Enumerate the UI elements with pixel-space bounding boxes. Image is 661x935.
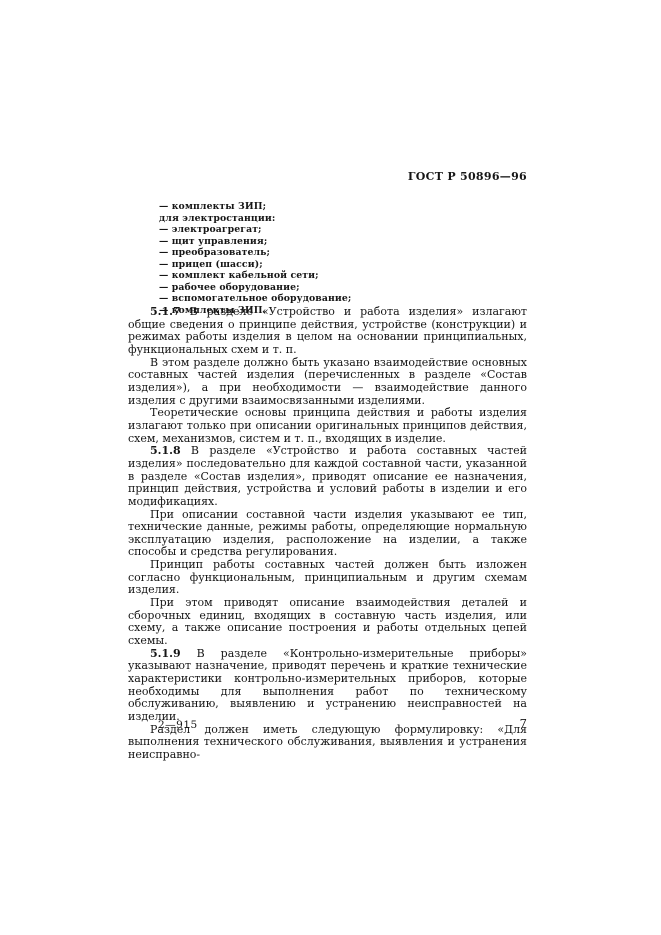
paragraph: При описании составной части изделия ука… [128, 509, 527, 560]
list-item: — щит управления; [159, 236, 351, 248]
paragraph-text: При описании составной части изделия ука… [128, 508, 527, 559]
list-item: — электроагрегат; [159, 224, 351, 236]
components-list: — комплекты ЗИП; для электростанции: — э… [159, 201, 351, 316]
paragraph-text: При этом приводят описание взаимодействи… [128, 596, 527, 647]
section-number: 5.1.7 [150, 305, 181, 318]
paragraph-text: В этом разделе должно быть указано взаим… [128, 356, 527, 407]
paragraph-5-1-7: 5.1.7 В разделе «Устройство и работа изд… [128, 306, 527, 357]
document-body: 5.1.7 В разделе «Устройство и работа изд… [128, 306, 527, 762]
list-item: — рабочее оборудование; [159, 282, 351, 294]
paragraph: При этом приводят описание взаимодействи… [128, 597, 527, 648]
paragraph-text: В разделе «Устройство и работа составных… [128, 444, 527, 508]
list-item: — прицеп (шасси); [159, 259, 351, 271]
paragraph: Принцип работы составных частей должен б… [128, 559, 527, 597]
list-item: — преобразователь; [159, 247, 351, 259]
list-item: — вспомогательное оборудование; [159, 293, 351, 305]
section-number: 5.1.9 [150, 647, 181, 660]
paragraph-text: Принцип работы составных частей должен б… [128, 558, 527, 596]
paragraph: В этом разделе должно быть указано взаим… [128, 357, 527, 408]
document-page: ГОСТ Р 50896—96 — комплекты ЗИП; для эле… [0, 0, 661, 935]
paragraph-text: В разделе «Контрольно-измерительные приб… [128, 647, 527, 723]
paragraph: Теоретические основы принципа действия и… [128, 407, 527, 445]
list-item: — комплект кабельной сети; [159, 270, 351, 282]
paragraph-text: В разделе «Устройство и работа изделия» … [128, 305, 527, 356]
paragraph-5-1-8: 5.1.8 В разделе «Устройство и работа сос… [128, 445, 527, 508]
section-number: 5.1.8 [150, 444, 181, 457]
gost-code: ГОСТ Р 50896—96 [128, 170, 527, 183]
page-number: 7 [128, 716, 527, 730]
list-item: для электростанции: [159, 213, 351, 225]
paragraph-5-1-9: 5.1.9 В разделе «Контрольно-измерительны… [128, 648, 527, 724]
paragraph-text: Теоретические основы принципа действия и… [128, 406, 527, 444]
list-item: — комплекты ЗИП; [159, 201, 351, 213]
